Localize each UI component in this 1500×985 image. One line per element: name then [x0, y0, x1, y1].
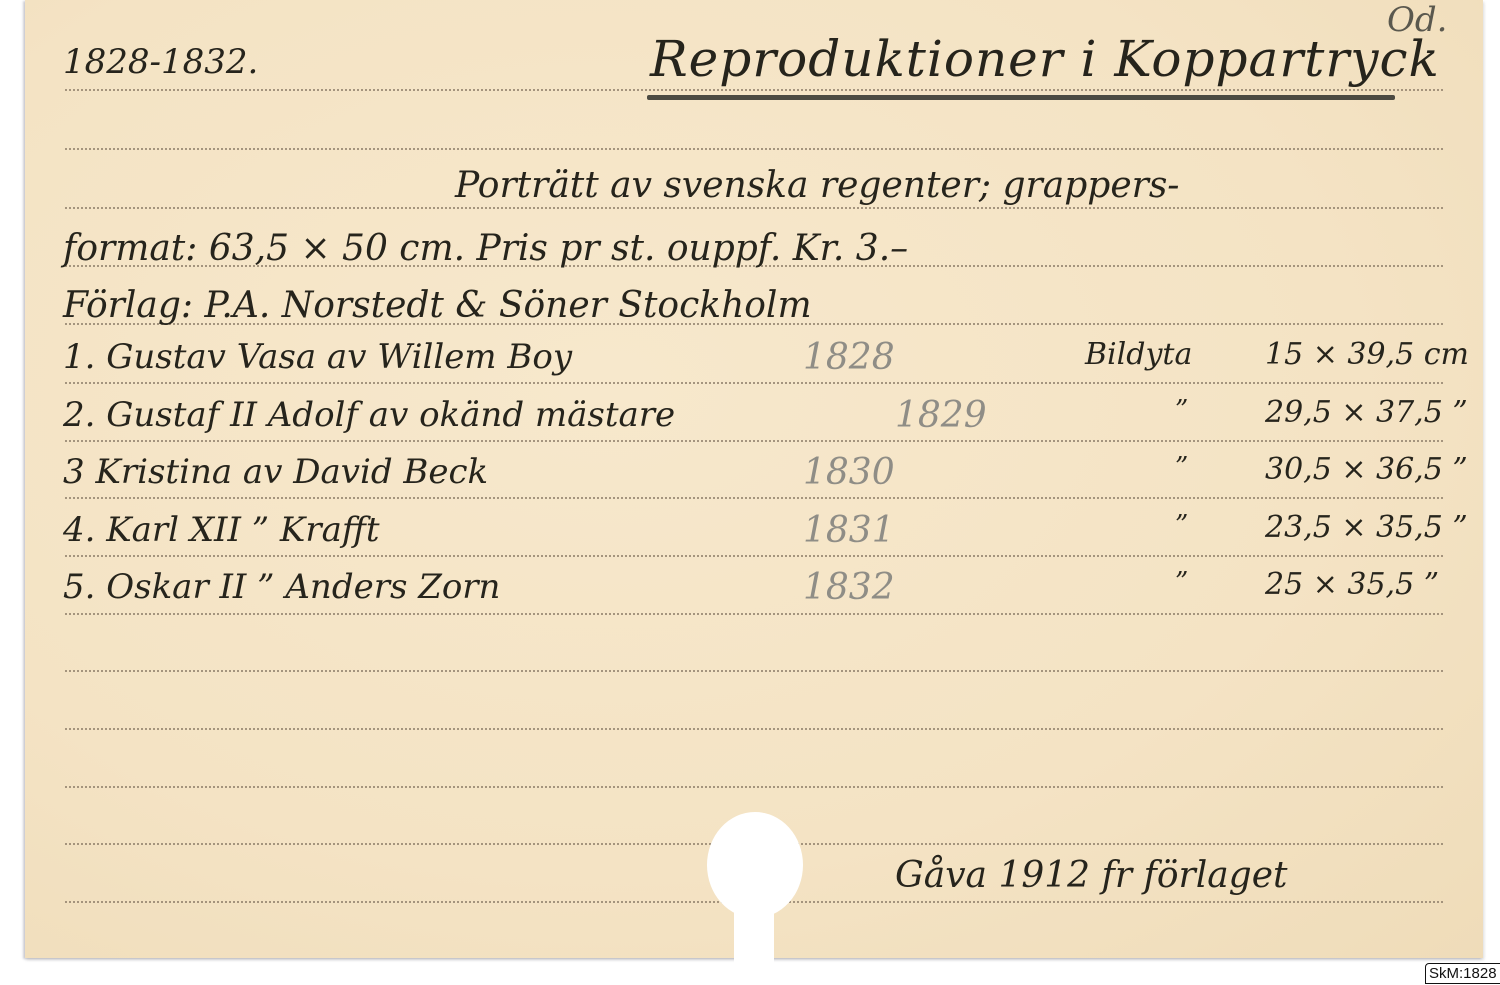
- item-title: 4. Karl XII ” Krafft: [63, 510, 380, 550]
- item-ditto: ”: [1175, 567, 1188, 597]
- list-item: 5. Oskar II ” Anders Zorn 1832 ” 25 × 35…: [25, 567, 1483, 623]
- dotted-rule: [65, 728, 1443, 730]
- list-item: 2. Gustaf II Adolf av okänd mästare 1829…: [25, 395, 1483, 451]
- dotted-rule: [65, 89, 1443, 91]
- item-label: Bildyta: [1085, 337, 1192, 372]
- item-size: 29,5 × 37,5 ”: [1265, 395, 1468, 430]
- header-date: 1828-1832.: [63, 42, 258, 82]
- list-item: 3 Kristina av David Beck 1830 ” 30,5 × 3…: [25, 452, 1483, 508]
- dotted-rule: [65, 786, 1443, 788]
- item-year: 1829: [895, 395, 987, 436]
- dotted-rule: [65, 148, 1443, 150]
- description-line-2: format: 63,5 × 50 cm. Pris pr st. ouppf.…: [63, 228, 908, 269]
- title-underline: [647, 95, 1395, 100]
- item-title: 5. Oskar II ” Anders Zorn: [63, 567, 500, 607]
- item-title: 3 Kristina av David Beck: [63, 452, 488, 492]
- item-size: 23,5 × 35,5 ”: [1265, 510, 1468, 545]
- publisher-line: Förlag: P.A. Norstedt & Söner Stockholm: [63, 285, 812, 326]
- item-size: 15 × 39,5 cm: [1265, 337, 1469, 372]
- item-ditto: ”: [1175, 395, 1188, 425]
- item-size: 30,5 × 36,5 ”: [1265, 452, 1468, 487]
- list-item: 4. Karl XII ” Krafft 1831 ” 23,5 × 35,5 …: [25, 510, 1483, 566]
- list-item: 1. Gustav Vasa av Willem Boy 1828 Bildyt…: [25, 337, 1483, 393]
- donation-note: Gåva 1912 fr förlaget: [895, 855, 1288, 896]
- item-size: 25 × 35,5 ”: [1265, 567, 1439, 602]
- description-line-1: Porträtt av svenska regenter; grappers-: [455, 165, 1179, 206]
- item-year: 1830: [803, 452, 895, 493]
- dotted-rule: [65, 670, 1443, 672]
- item-title: 1. Gustav Vasa av Willem Boy: [63, 337, 572, 377]
- dotted-rule: [65, 207, 1443, 209]
- inventory-stamp: SkM:1828: [1425, 963, 1500, 984]
- item-ditto: ”: [1175, 452, 1188, 482]
- item-title: 2. Gustaf II Adolf av okänd mästare: [63, 395, 675, 435]
- item-ditto: ”: [1175, 510, 1188, 540]
- item-year: 1831: [803, 510, 895, 551]
- card-title: Reproduktioner i Koppartryck: [650, 30, 1440, 88]
- corner-mark: Od.: [1387, 0, 1447, 40]
- item-year: 1828: [803, 337, 895, 378]
- card-punch-slot: [734, 900, 774, 985]
- item-year: 1832: [803, 567, 895, 608]
